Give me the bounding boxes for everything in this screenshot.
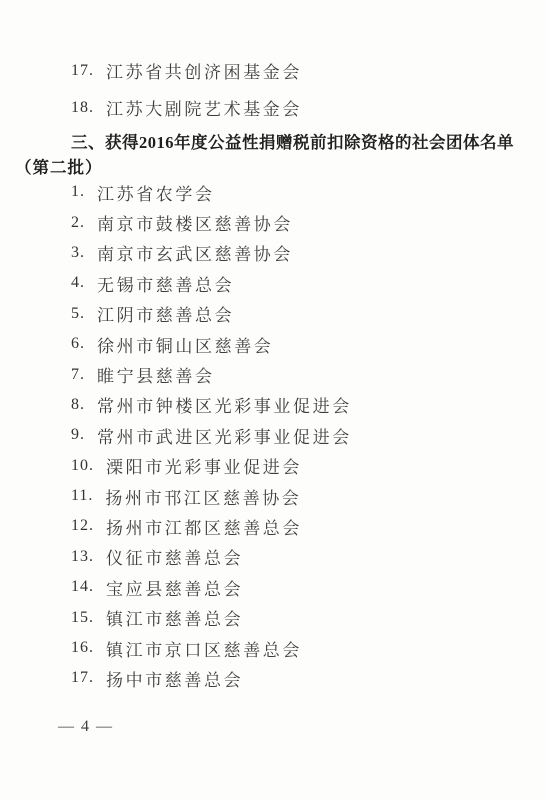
list-item-name: 扬中市慈善总会 xyxy=(106,666,243,691)
list-item-name: 无锡市慈善总会 xyxy=(97,271,234,296)
list-item: 3. 南京市玄武区慈善协会 xyxy=(0,238,548,268)
list-item-number: 13. xyxy=(71,548,94,566)
list-item-number: 17. xyxy=(71,669,94,687)
list-item: 6. 徐州市铜山区慈善会 xyxy=(0,329,548,359)
list-item-name: 宝应县慈善总会 xyxy=(106,575,243,600)
list-item-name: 溧阳市光彩事业促进会 xyxy=(106,453,302,478)
list-item-number: 14. xyxy=(71,578,94,596)
list-item: 12. 扬州市江都区慈善总会 xyxy=(0,511,548,541)
list-item-name: 江苏省农学会 xyxy=(97,180,215,205)
list-item: 2. 南京市鼓楼区慈善协会 xyxy=(0,207,548,237)
list-item-number: 15. xyxy=(71,609,94,627)
list-item: 10. 溧阳市光彩事业促进会 xyxy=(0,451,548,481)
list-item-number: 5. xyxy=(71,305,85,323)
list-item-number: 6. xyxy=(71,335,85,353)
list-item-number: 4. xyxy=(71,274,85,292)
list-item-number: 17. xyxy=(71,62,94,80)
list-item: 7. 睢宁县慈善会 xyxy=(0,359,548,389)
document-content: 17. 江苏省共创济困基金会 18. 江苏大剧院艺术基金会 三、获得2016年度… xyxy=(0,0,548,737)
list-item: 5. 江阴市慈善总会 xyxy=(0,299,548,329)
section-heading-line2: （第二批） xyxy=(0,155,548,177)
list-item: 18. 江苏大剧院艺术基金会 xyxy=(0,89,548,126)
list-item: 14. 宝应县慈善总会 xyxy=(0,572,548,602)
list-item-name: 徐州市铜山区慈善会 xyxy=(97,332,273,357)
list-item: 11. 扬州市邗江区慈善协会 xyxy=(0,481,548,511)
list-item-name: 睢宁县慈善会 xyxy=(97,362,215,387)
list-item-number: 18. xyxy=(71,99,94,117)
section-heading-line1: 三、获得2016年度公益性捐赠税前扣除资格的社会团体名单 xyxy=(0,126,548,155)
list-item: 1. 江苏省农学会 xyxy=(0,177,548,207)
list-item-name: 常州市钟楼区光彩事业促进会 xyxy=(97,392,352,417)
list-item: 4. 无锡市慈善总会 xyxy=(0,268,548,298)
list-item: 16. 镇江市京口区慈善总会 xyxy=(0,633,548,663)
list-item-number: 3. xyxy=(71,244,85,262)
list-item-name: 南京市鼓楼区慈善协会 xyxy=(97,210,293,235)
list-item-name: 仪征市慈善总会 xyxy=(106,544,243,569)
list-item-name: 扬州市邗江区慈善协会 xyxy=(105,484,301,509)
list-item: 8. 常州市钟楼区光彩事业促进会 xyxy=(0,390,548,420)
list-item-number: 2. xyxy=(71,214,85,232)
list-item-number: 10. xyxy=(71,457,94,475)
list-item-number: 12. xyxy=(71,517,94,535)
list-item-name: 镇江市京口区慈善总会 xyxy=(106,636,302,661)
list-item: 9. 常州市武进区光彩事业促进会 xyxy=(0,420,548,450)
list-item-name: 镇江市慈善总会 xyxy=(106,605,243,630)
list-item-number: 8. xyxy=(71,396,85,414)
list-item-number: 16. xyxy=(71,639,94,657)
document-page: 17. 江苏省共创济困基金会 18. 江苏大剧院艺术基金会 三、获得2016年度… xyxy=(0,0,548,800)
list-item-name: 南京市玄武区慈善协会 xyxy=(97,240,293,265)
list-item-name: 江苏大剧院艺术基金会 xyxy=(106,95,302,120)
list-item: 13. 仪征市慈善总会 xyxy=(0,542,548,572)
list-item: 17. 江苏省共创济困基金会 xyxy=(0,52,548,89)
list-item: 15. 镇江市慈善总会 xyxy=(0,602,548,632)
list-item-number: 1. xyxy=(71,183,85,201)
list-item-name: 江苏省共创济困基金会 xyxy=(106,58,302,83)
list-item-name: 江阴市慈善总会 xyxy=(97,301,234,326)
list-item-number: 7. xyxy=(71,366,85,384)
list-item: 17. 扬中市慈善总会 xyxy=(0,663,548,693)
page-number: — 4 — xyxy=(0,717,548,737)
list-item-number: 11. xyxy=(71,487,93,505)
list-item-name: 扬州市江都区慈善总会 xyxy=(106,514,302,539)
list-item-number: 9. xyxy=(71,426,85,444)
list-item-name: 常州市武进区光彩事业促进会 xyxy=(97,423,352,448)
